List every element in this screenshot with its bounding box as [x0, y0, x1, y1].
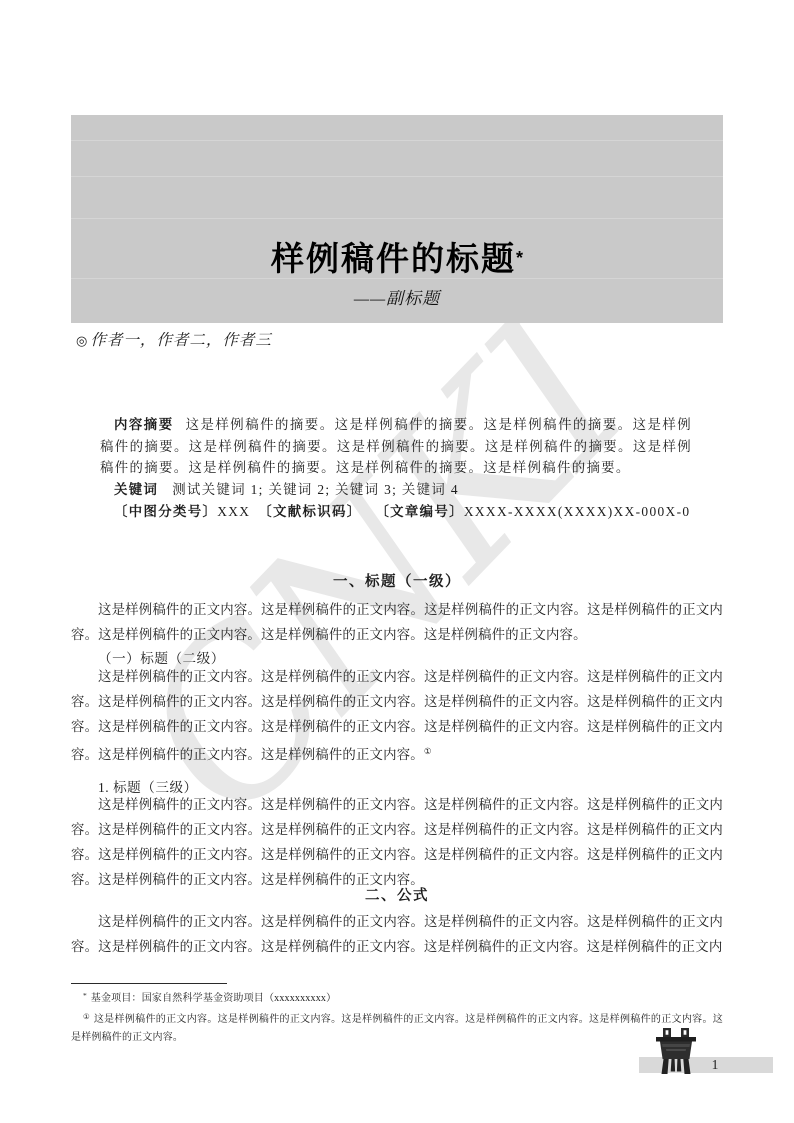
footnote-divider — [71, 983, 227, 984]
keywords-line: 关键词测试关键词 1; 关键词 2; 关键词 3; 关键词 4 — [100, 479, 692, 501]
footnote-note-text: 这是样例稿件的正文内容。这是样例稿件的正文内容。这是样例稿件的正文内容。这是样例… — [71, 1014, 723, 1043]
footnote-note-marker: ① — [83, 1012, 90, 1021]
title-block-rule — [71, 176, 723, 177]
footnote-fund-text: 基金项目：国家自然科学基金资助项目（xxxxxxxxxx） — [91, 993, 337, 1004]
clc-value: XXX — [217, 504, 250, 519]
abstract-paragraph: 内容摘要这是样例稿件的摘要。这是样例稿件的摘要。这是样例稿件的摘要。这是样例稿件… — [100, 414, 692, 479]
title-footnote-marker: * — [516, 248, 523, 268]
body-paragraph-2: 这是样例稿件的正文内容。这是样例稿件的正文内容。这是样例稿件的正文内容。这是样例… — [71, 664, 723, 767]
footnote-reference-marker: ① — [424, 746, 432, 756]
body-paragraph-3: 这是样例稿件的正文内容。这是样例稿件的正文内容。这是样例稿件的正文内容。这是样例… — [71, 792, 723, 892]
abstract-text: 这是样例稿件的摘要。这是样例稿件的摘要。这是样例稿件的摘要。这是样例稿件的摘要。… — [100, 417, 692, 475]
footnote-fund-marker: * — [83, 991, 87, 1000]
section-heading-1: 一、标题（一级） — [71, 572, 723, 592]
front-matter: 内容摘要这是样例稿件的摘要。这是样例稿件的摘要。这是样例稿件的摘要。这是样例稿件… — [100, 414, 692, 523]
doc-code-label: 〔文献标识码〕 — [258, 504, 361, 519]
footnote-note: ①这是样例稿件的正文内容。这是样例稿件的正文内容。这是样例稿件的正文内容。这是样… — [71, 1008, 723, 1047]
author-names: 作者一，作者二，作者三 — [90, 332, 272, 349]
article-title: 样例稿件的标题* — [71, 241, 723, 276]
title-block-rule — [71, 278, 723, 279]
body-paragraph-1: 这是样例稿件的正文内容。这是样例稿件的正文内容。这是样例稿件的正文内容。这是样例… — [71, 597, 723, 647]
keywords-label: 关键词 — [114, 482, 158, 497]
page-number: 1 — [700, 1056, 730, 1074]
abstract-label: 内容摘要 — [114, 417, 174, 432]
document-page: CNKI 样例稿件的标题* ——副标题 ◎作者一，作者二，作者三 内容摘要这是样… — [0, 0, 794, 1123]
body-paragraph-4: 这是样例稿件的正文内容。这是样例稿件的正文内容。这是样例稿件的正文内容。这是样例… — [71, 909, 723, 959]
title-block: 样例稿件的标题* ——副标题 — [71, 115, 723, 323]
body-paragraph-2-text: 这是样例稿件的正文内容。这是样例稿件的正文内容。这是样例稿件的正文内容。这是样例… — [71, 669, 723, 762]
footnotes: *基金项目：国家自然科学基金资助项目（xxxxxxxxxx） ①这是样例稿件的正… — [71, 987, 723, 1047]
footnote-fund: *基金项目：国家自然科学基金资助项目（xxxxxxxxxx） — [71, 987, 723, 1008]
author-marker-icon: ◎ — [76, 333, 88, 348]
section-heading-formula: 二、公式 — [71, 886, 723, 906]
article-id-value: XXXX-XXXX(XXXX)XX-000X-0 — [464, 504, 691, 519]
title-block-rule — [71, 140, 723, 141]
article-title-text: 样例稿件的标题 — [271, 240, 516, 277]
bronze-ding-logo-icon — [654, 1028, 698, 1074]
classification-line: 〔中图分类号〕XXX〔文献标识码〕〔文章编号〕XXXX-XXXX(XXXX)XX… — [100, 501, 692, 523]
article-id-label: 〔文章编号〕 — [375, 504, 463, 519]
keywords-text: 测试关键词 1; 关键词 2; 关键词 3; 关键词 4 — [172, 482, 459, 497]
clc-label: 〔中图分类号〕 — [114, 504, 217, 519]
byline: ◎作者一，作者二，作者三 — [76, 330, 728, 352]
article-subtitle: ——副标题 — [71, 289, 723, 309]
title-block-rule — [71, 218, 723, 219]
watermark-text: CNKI — [90, 276, 669, 863]
